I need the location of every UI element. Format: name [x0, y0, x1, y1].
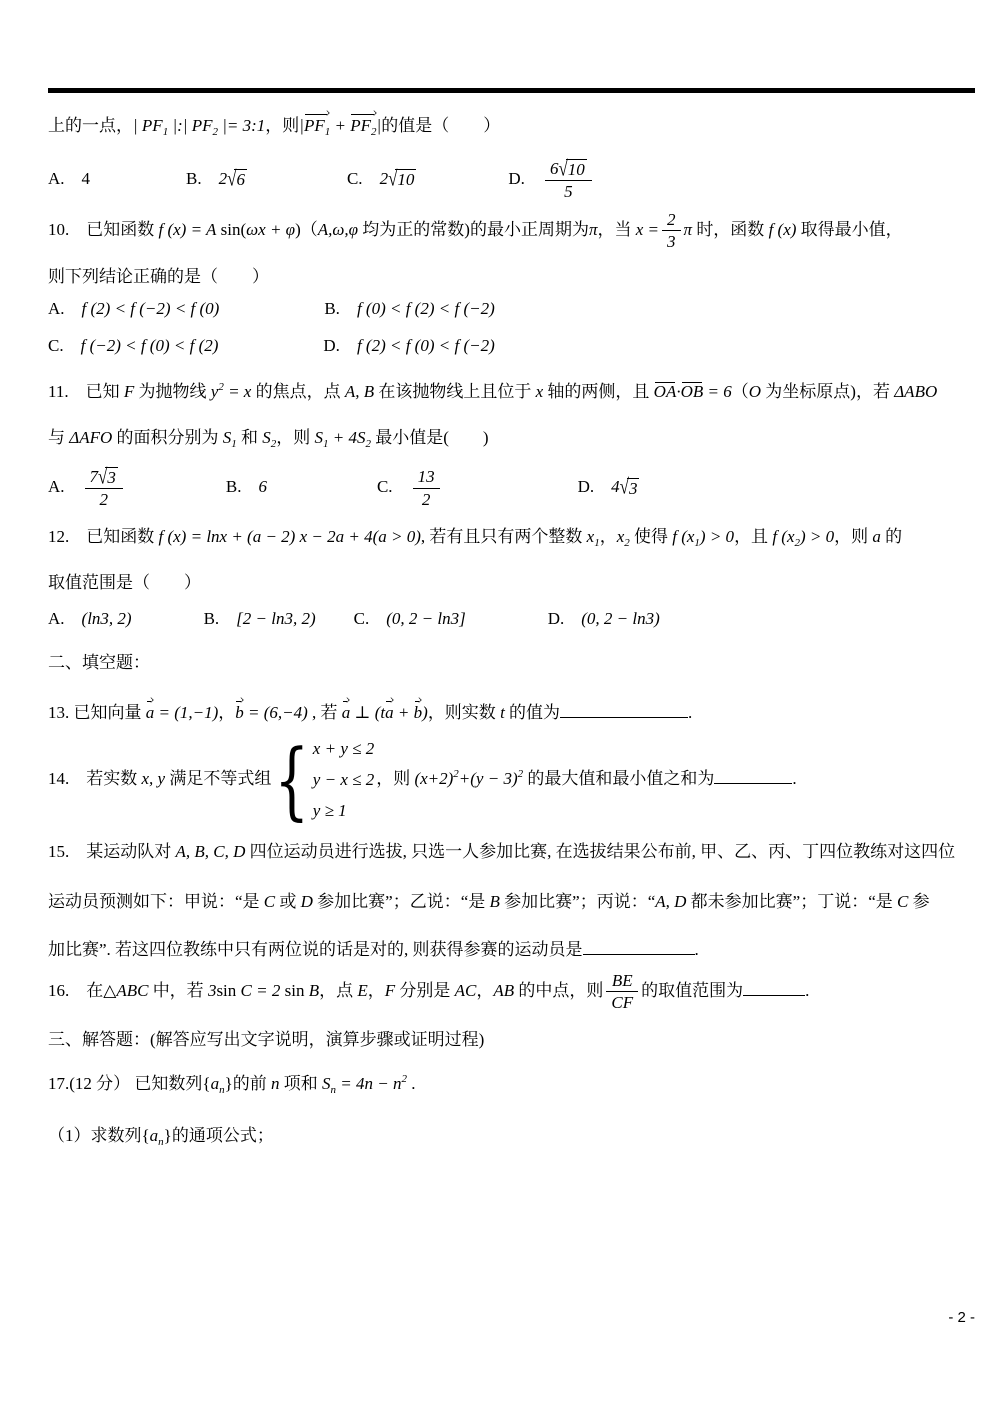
- math-run: ⊥ (t: [350, 703, 385, 722]
- math-run: = 6: [703, 382, 731, 401]
- math-run: OB: [681, 382, 704, 401]
- math-run: a: [211, 1074, 220, 1093]
- text-run: 运动员预测如下：甲说：“是: [48, 892, 264, 911]
- math-run: 3: [667, 232, 676, 251]
- text-run: A.: [48, 299, 82, 318]
- overline-icon: [681, 379, 704, 383]
- text-run: ，且: [734, 527, 772, 546]
- text-run: sin: [216, 981, 240, 1000]
- math-run: f (x: [672, 527, 694, 546]
- math-run: C: [241, 981, 252, 1000]
- q15-line1: 15. 某运动队对 A, B, C, D 四位运动员进行选拔, 只选一人参加比赛…: [48, 841, 974, 863]
- text-run: 轴的两侧，且: [543, 382, 654, 401]
- text-run: 和: [237, 428, 263, 447]
- math-run: a: [146, 703, 155, 722]
- section-fill-in-blank: 二、填空题：: [48, 652, 974, 674]
- math-run: C: [264, 892, 275, 911]
- exam-content: 上的一点，| PF1 |:| PF2 |= 3:1，则|PF1 + PF2|的值…: [0, 109, 992, 1147]
- text-run: C.: [377, 477, 410, 496]
- text-run: 参加比赛”；乙说：“是: [313, 892, 490, 911]
- text-run: 12. 已知函数: [48, 527, 159, 546]
- sqrt-radical: √10: [388, 169, 416, 189]
- math-run: F: [385, 981, 395, 1000]
- math-run: [2 − ln3, 2): [236, 609, 315, 628]
- q9-continuation: 上的一点，| PF1 |:| PF2 |= 3:1，则|PF1 + PF2|的值…: [48, 109, 974, 137]
- text-run: 上的一点，: [48, 116, 133, 135]
- arrow-over-icon: [235, 696, 244, 704]
- math-run: E: [357, 981, 367, 1000]
- answer-blank: [583, 939, 695, 955]
- math-run: +: [394, 703, 414, 722]
- math-run: |:| PF: [168, 116, 212, 135]
- math-run: x, y: [142, 769, 166, 788]
- sqrt-radical: √10: [558, 159, 586, 179]
- text-run: 15. 某运动队对: [48, 842, 176, 861]
- math-run: f (2) < f (0) < f (−2): [357, 336, 495, 355]
- q12-line2: 取值范围是（ ）: [48, 572, 974, 594]
- text-run: ，则: [376, 769, 414, 788]
- math-run: S: [315, 428, 324, 447]
- text-run: 的焦点，点: [251, 382, 345, 401]
- text-run: .: [688, 703, 692, 722]
- text-run: ，当: [598, 220, 636, 239]
- math-run: ΔAFO: [69, 428, 112, 447]
- text-run: 取得最小值，: [796, 220, 902, 239]
- sqrt-radical: √3: [620, 478, 640, 498]
- text-run: 使得: [630, 527, 673, 546]
- text-run: sin(: [216, 220, 246, 239]
- math-run: PF: [304, 116, 325, 135]
- math-run: 2: [219, 169, 228, 188]
- math-run: f (0) < f (2) < f (−2): [357, 299, 495, 318]
- math-run: (x+2): [414, 769, 453, 788]
- q17: 17.(12 分） 已知数列{an}的前 n 项和 Sn = 4n − n2 .: [48, 1073, 974, 1095]
- q11-options: A. 7√32B. 6C. 132D. 4√3: [48, 467, 974, 510]
- math-run: (ln3, 2): [82, 609, 132, 628]
- text-run: 则下列结论正确的是（ ）: [48, 267, 269, 286]
- text-run: 13. 已知向量: [48, 703, 146, 722]
- text-run: A. 4: [48, 169, 90, 188]
- math-run: 6: [258, 477, 267, 496]
- fraction: 6√105: [545, 159, 592, 202]
- math-run: f (x): [769, 220, 797, 239]
- bar-over: OB: [681, 379, 704, 400]
- text-run: 均为正的常数)的最小正周期为: [358, 220, 589, 239]
- math-run: ) > 0: [800, 527, 834, 546]
- math-run: 2: [380, 169, 389, 188]
- vector-body: PF1: [304, 116, 330, 135]
- math-run: 2: [99, 490, 108, 509]
- math-run: CF: [611, 993, 633, 1012]
- vector-arrow: b: [414, 696, 423, 721]
- text-run: ，: [368, 981, 385, 1000]
- text-run: ，则: [834, 527, 872, 546]
- text-run: 取值范围是（ ）: [48, 573, 201, 592]
- q15-line3: 加比赛”. 若这四位教练中只有两位说的话是对的, 则获得参赛的运动员是.: [48, 939, 974, 961]
- q13: 13. 已知向量 a = (1,−1)，b = (6,−4) , 若 a ⊥ (…: [48, 696, 974, 724]
- math-run: a: [872, 527, 881, 546]
- math-run: 6: [550, 159, 559, 178]
- sqrt-radical: √6: [227, 169, 247, 189]
- text-run: 为抛物线: [134, 382, 211, 401]
- math-run: x =: [636, 220, 659, 239]
- q10-options-ab: A. f (2) < f (−2) < f (0)B. f (0) < f (2…: [48, 298, 974, 320]
- text-run: 满足不等式组: [165, 769, 271, 788]
- q12-line1: 12. 已知函数 f (x) = lnx + (a − 2) x − 2a + …: [48, 526, 974, 548]
- text-run: 的取值范围为: [641, 981, 743, 1000]
- math-run: B: [490, 892, 500, 911]
- arrow-over-icon: [414, 696, 423, 704]
- text-run: )（: [295, 220, 318, 239]
- fraction: 23: [662, 210, 681, 252]
- text-run: 二、填空题：: [48, 653, 150, 672]
- fraction-denominator: 2: [413, 489, 440, 510]
- q14: 14. 若实数 x, y 满足不等式组{x + y ≤ 2y − x ≤ 2y …: [48, 738, 974, 822]
- q15-line2: 运动员预测如下：甲说：“是 C 或 D 参加比赛”；乙说：“是 B 参加比赛”；…: [48, 891, 974, 913]
- math-run: f (x) = A: [159, 220, 217, 239]
- vector-body: b: [414, 703, 423, 722]
- text-run: ，则: [276, 428, 314, 447]
- radical-sign: √: [620, 476, 629, 497]
- text-run: .: [695, 940, 699, 959]
- text-run: 的值为: [505, 703, 560, 722]
- section-answer-questions: 三、解答题：(解答应写出文字说明，演算步骤或证明过程): [48, 1029, 974, 1051]
- math-run: O: [749, 382, 761, 401]
- math-run: ) > 0: [700, 527, 734, 546]
- fraction-denominator: 2: [85, 489, 123, 510]
- math-run: AB: [493, 981, 514, 1000]
- arrow-over-icon: [146, 696, 155, 704]
- vector-body: PF2: [350, 116, 376, 135]
- text-run: B.: [324, 299, 357, 318]
- math-run: A, D: [655, 892, 686, 911]
- text-run: A.: [48, 477, 82, 496]
- math-run: 7: [90, 467, 99, 486]
- math-run: D: [301, 892, 313, 911]
- vector-arrow: a: [385, 696, 394, 721]
- arrow-over-icon: [304, 109, 330, 117]
- vector-arrow: PF2: [350, 109, 376, 134]
- text-run: }的通项公式；: [164, 1126, 274, 1145]
- math-run: A, B: [345, 382, 374, 401]
- vector-body: a: [342, 703, 351, 722]
- overline-icon: [654, 379, 677, 383]
- math-run: | PF: [133, 116, 163, 135]
- math-run: a: [385, 703, 394, 722]
- math-run: S: [223, 428, 232, 447]
- text-run: 16. 在△: [48, 981, 116, 1000]
- header-rule: [48, 88, 975, 93]
- math-run: = 2: [252, 981, 280, 1000]
- text-run: 的中点，则: [514, 981, 603, 1000]
- math-run: = (1,−1): [154, 703, 218, 722]
- math-run: |= 3:1: [218, 116, 265, 135]
- math-run: +: [330, 116, 350, 135]
- text-run: 10. 已知函数: [48, 220, 159, 239]
- vector-arrow: a: [342, 696, 351, 721]
- math-run: 4: [611, 477, 620, 496]
- text-run: 14. 若实数: [48, 769, 142, 788]
- math-run: 2: [422, 490, 431, 509]
- math-run: BE: [612, 971, 633, 990]
- text-run: 或: [275, 892, 301, 911]
- math-run: 5: [564, 182, 573, 201]
- math-run: ΔABO: [894, 382, 937, 401]
- math-run: a: [150, 1126, 159, 1145]
- bar-body: OB: [681, 382, 704, 401]
- inequality-system: {x + y ≤ 2y − x ≤ 2y ≥ 1: [273, 738, 374, 822]
- vector-body: a: [146, 703, 155, 722]
- text-run: .: [792, 769, 796, 788]
- text-run: D.: [578, 477, 612, 496]
- text-run: D.: [508, 169, 542, 188]
- math-run: +(y − 3): [459, 769, 518, 788]
- answer-blank: [714, 768, 792, 784]
- fraction: 132: [413, 467, 440, 509]
- fraction-denominator: 5: [545, 181, 592, 202]
- math-run: PF: [350, 116, 371, 135]
- arrow-over-icon: [350, 109, 376, 117]
- text-run: ，: [600, 527, 617, 546]
- q10-options-cd: C. f (−2) < f (0) < f (2)D. f (2) < f (0…: [48, 335, 974, 357]
- text-run: 的值是（ ）: [381, 116, 500, 135]
- math-run: F: [124, 382, 134, 401]
- math-run: 13: [418, 467, 435, 486]
- fraction-numerator: BE: [606, 971, 638, 993]
- fraction-denominator: CF: [606, 992, 638, 1013]
- text-run: C.: [48, 336, 81, 355]
- radicand: 10: [395, 169, 416, 189]
- sqrt-radical: √3: [98, 467, 118, 487]
- math-run: C: [897, 892, 908, 911]
- math-run: ABC: [116, 981, 148, 1000]
- q16: 16. 在△ABC 中，若 3sin C = 2 sin B，点 E，F 分别是…: [48, 971, 974, 1013]
- math-run: 2: [667, 210, 676, 229]
- math-run: f (x) = lnx + (a − 2) x − 2a + 4(a > 0): [159, 527, 421, 546]
- math-run: A,ω,φ: [318, 220, 358, 239]
- math-run: B: [309, 981, 319, 1000]
- q10-line1: 10. 已知函数 f (x) = A sin(ωx + φ)（A,ω,φ 均为正…: [48, 210, 974, 252]
- text-run: B.: [204, 609, 237, 628]
- text-run: .: [805, 981, 809, 1000]
- math-run: b: [235, 703, 244, 722]
- text-run: B.: [186, 169, 219, 188]
- fraction-numerator: 6√10: [545, 159, 592, 181]
- text-run: 17.(12 分） 已知数列{: [48, 1074, 211, 1093]
- text-run: 为坐标原点)，若: [761, 382, 894, 401]
- q11-line2: 与 ΔAFO 的面积分别为 S1 和 S2，则 S1 + 4S2 最小值是( ): [48, 427, 974, 449]
- fraction: 7√32: [85, 467, 123, 510]
- system-lines: x + y ≤ 2y − x ≤ 2y ≥ 1: [313, 738, 374, 822]
- vector-arrow: a: [146, 696, 155, 721]
- math-run: (0, 2 − ln3): [581, 609, 660, 628]
- text-run: 参: [908, 892, 929, 911]
- text-run: B.: [226, 477, 259, 496]
- radical-sign: √: [388, 168, 397, 189]
- vector-arrow: b: [235, 696, 244, 721]
- answer-blank: [560, 702, 688, 718]
- text-run: D.: [323, 336, 357, 355]
- fraction: BECF: [606, 971, 638, 1013]
- text-run: 的最大值和最小值之和为: [523, 769, 714, 788]
- text-run: 加比赛”. 若这四位教练中只有两位说的话是对的, 则获得参赛的运动员是: [48, 940, 583, 959]
- text-run: C.: [354, 609, 387, 628]
- text-run: （1）求数列{: [48, 1126, 150, 1145]
- math-run: A, B, C, D: [176, 842, 246, 861]
- fraction-numerator: 13: [413, 467, 440, 489]
- left-brace-icon: {: [275, 745, 310, 815]
- text-run: }的前: [225, 1074, 271, 1093]
- text-run: 的面积分别为: [112, 428, 223, 447]
- math-run: π: [684, 220, 693, 239]
- math-run: (0, 2 − ln3]: [386, 609, 465, 628]
- text-run: , 若有且只有两个整数: [421, 527, 587, 546]
- fraction-numerator: 7√3: [85, 467, 123, 489]
- text-run: 与: [48, 428, 69, 447]
- answer-blank: [743, 980, 805, 996]
- math-run: π: [589, 220, 598, 239]
- radical-sign: √: [558, 158, 567, 179]
- math-run: S: [322, 1074, 331, 1093]
- document-page: 上的一点，| PF1 |:| PF2 |= 3:1，则|PF1 + PF2|的值…: [0, 0, 992, 1403]
- radical-sign: √: [227, 168, 236, 189]
- arrow-over-icon: [342, 696, 351, 704]
- text-run: .: [407, 1074, 416, 1093]
- bar-body: OA: [654, 382, 677, 401]
- q17-part1: （1）求数列{an}的通项公式；: [48, 1125, 974, 1147]
- text-run: sin: [280, 981, 308, 1000]
- math-run: AC: [455, 981, 477, 1000]
- text-run: D.: [548, 609, 582, 628]
- math-run: f (2) < f (−2) < f (0): [82, 299, 220, 318]
- text-run: , 若: [308, 703, 342, 722]
- system-line: y − x ≤ 2: [313, 769, 374, 791]
- math-run: n: [271, 1074, 280, 1093]
- math-run: f (−2) < f (0) < f (2): [81, 336, 219, 355]
- text-run: 都未参加比赛”；丁说：“是: [686, 892, 897, 911]
- fraction-denominator: 3: [662, 231, 681, 252]
- text-run: 三、解答题：(解答应写出文字说明，演算步骤或证明过程): [48, 1030, 484, 1049]
- text-run: ，: [218, 703, 235, 722]
- math-run: a: [342, 703, 351, 722]
- text-run: 11. 已知: [48, 382, 124, 401]
- q10-line2: 则下列结论正确的是（ ）: [48, 266, 974, 288]
- math-run: S: [262, 428, 271, 447]
- q12-options: A. (ln3, 2)B. [2 − ln3, 2)C. (0, 2 − ln3…: [48, 608, 974, 630]
- fraction-numerator: 2: [662, 210, 681, 232]
- vector-body: b: [235, 703, 244, 722]
- text-run: 时，函数: [692, 220, 769, 239]
- text-run: 四位运动员进行选拔, 只选一人参加比赛, 在选拔结果公布前, 甲、乙、丙、丁四位…: [245, 842, 955, 861]
- math-run: = 4n − n: [336, 1074, 401, 1093]
- text-run: ，则实数: [428, 703, 500, 722]
- text-run: 在该抛物线上且位于: [374, 382, 536, 401]
- text-run: 项和: [280, 1074, 323, 1093]
- system-line: y ≥ 1: [313, 800, 374, 822]
- q9-options: A. 4B. 2√6C. 2√10D. 6√105: [48, 159, 974, 202]
- bar-over: OA: [654, 379, 677, 400]
- page-number: - 2 -: [948, 1308, 975, 1328]
- vector-arrow: PF1: [304, 109, 330, 134]
- text-run: 的: [881, 527, 902, 546]
- text-run: A.: [48, 609, 82, 628]
- system-line: x + y ≤ 2: [313, 738, 374, 760]
- q11-line1: 11. 已知 F 为抛物线 y2 = x 的焦点，点 A, B 在该抛物线上且位…: [48, 379, 974, 403]
- math-run: + 4S: [329, 428, 366, 447]
- text-run: ，: [476, 981, 493, 1000]
- math-run: f (x: [772, 527, 794, 546]
- math-run: b: [414, 703, 423, 722]
- radical-sign: √: [98, 466, 107, 487]
- math-run: OA: [654, 382, 677, 401]
- math-run: = (6,−4): [244, 703, 308, 722]
- text-run: 分别是: [395, 981, 455, 1000]
- arrow-over-icon: [385, 696, 394, 704]
- text-run: （: [732, 382, 749, 401]
- radicand: 10: [566, 159, 587, 179]
- vector-body: a: [385, 703, 394, 722]
- math-run: ωx + φ: [246, 220, 295, 239]
- text-run: ，则: [265, 116, 299, 135]
- text-run: 中，若: [148, 981, 208, 1000]
- math-run: = x: [224, 382, 252, 401]
- text-run: 最小值是( ): [371, 428, 489, 447]
- text-run: ，点: [319, 981, 357, 1000]
- text-run: 参加比赛”；丙说：“: [500, 892, 655, 911]
- text-run: C.: [347, 169, 380, 188]
